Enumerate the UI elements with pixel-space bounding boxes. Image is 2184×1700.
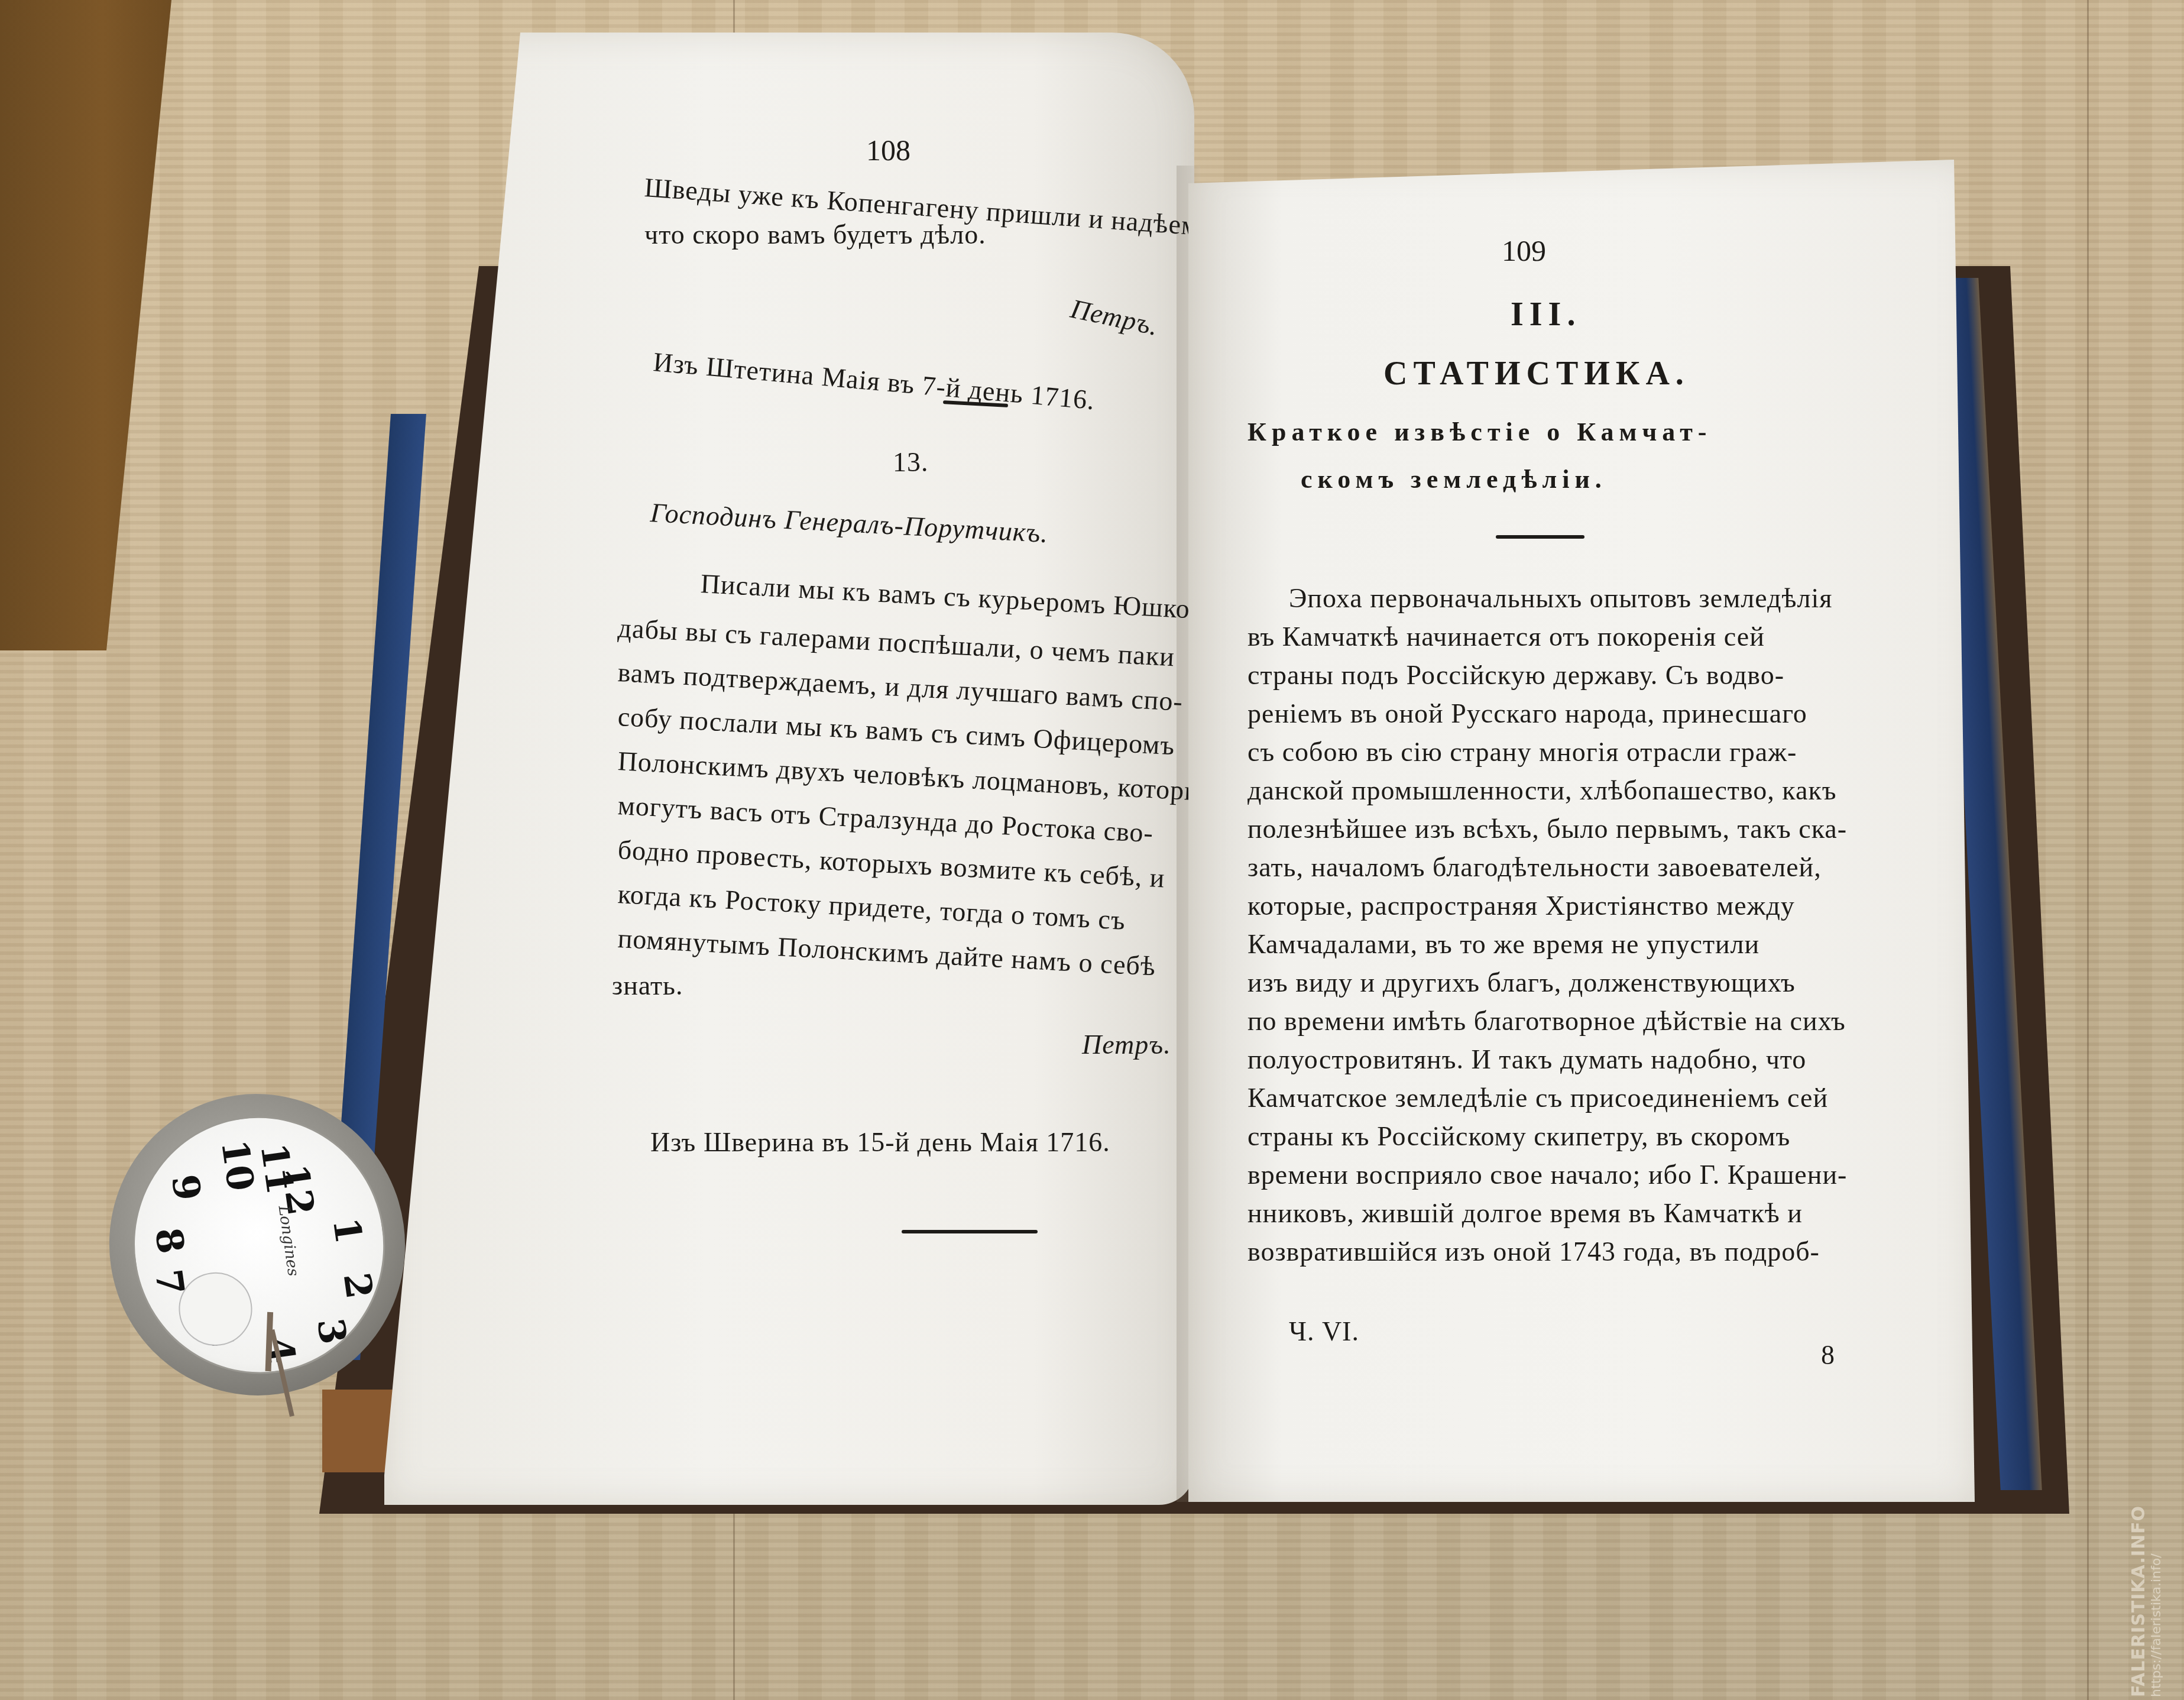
right-body-line: въ Камчаткѣ начинается отъ покоренія сей: [1247, 621, 1765, 652]
section-number: III.: [1511, 296, 1581, 333]
left-top-line-2: что скоро вамъ будетъ дѣло.: [644, 219, 986, 250]
left-divider-2: [902, 1230, 1038, 1233]
watch-numeral-9: 9: [163, 1172, 209, 1203]
right-body-line: возвратившійся изъ оной 1743 года, въ по…: [1247, 1236, 1820, 1267]
book-cover-corner: [322, 1390, 393, 1472]
right-body-line: зать, началомъ благодѣтельности завоеват…: [1247, 851, 1822, 883]
watermark-title: FALERISTIKA.INFO: [2128, 1505, 2149, 1697]
right-body-line: Эпоха первоначальныхъ опытовъ земледѣлія: [1289, 582, 1832, 614]
watch-dial: 12 1 2 3 4 5 7 8 9 10 11 Longines: [116, 1100, 402, 1390]
right-body-line: которые, распространяя Христіянство межд…: [1247, 890, 1795, 921]
watch-numeral-2: 2: [335, 1270, 381, 1301]
section-heading: СТАТИСТИКА.: [1383, 355, 1690, 393]
watch-numeral-1: 1: [325, 1215, 371, 1246]
left-place-date-2: Изъ Шверина въ 15-й день Маія 1716.: [650, 1126, 1110, 1158]
right-body-line: Камчадалами, въ то же время не упустили: [1247, 928, 1759, 960]
right-body-line: изъ виду и другихъ благъ, долженствующих…: [1247, 967, 1796, 998]
desk-seam: [2087, 0, 2089, 1700]
right-body-line: полезнѣйшее изъ всѣхъ, было первымъ, так…: [1247, 813, 1847, 844]
left-body-line: знать.: [612, 970, 683, 1001]
right-body-line: данской промышленности, хлѣбопашество, к…: [1247, 775, 1837, 806]
right-body-line: страны къ Россійскому скипетру, въ скоро…: [1247, 1121, 1790, 1152]
right-body-line: по времени имѣть благотворное дѣйствіе н…: [1247, 1005, 1846, 1037]
left-signature-2: Петръ.: [1082, 1029, 1171, 1060]
right-body-line: нниковъ, жившій долгое время въ Камчаткѣ…: [1247, 1197, 1803, 1229]
right-divider: [1496, 535, 1584, 539]
right-body-line: времени восприяло свое начало; ибо Г. Кр…: [1247, 1159, 1847, 1190]
footer-sheet-number: 8: [1821, 1339, 1835, 1371]
right-body-line: съ собою въ сію страну многія отрасли гр…: [1247, 736, 1797, 768]
section-subheading-2: скомъ земледѣліи.: [1301, 464, 1607, 494]
right-body-line: полуостровитянъ. И такъ думать надобно, …: [1247, 1044, 1806, 1075]
section-subheading-1: Краткое извѣстіе о Камчат-: [1247, 417, 1712, 447]
right-body-line: Камчатское земледѣліе съ присоединеніемъ…: [1247, 1082, 1828, 1113]
letter-number: 13.: [893, 446, 929, 478]
right-body-line: страны подъ Россійскую державу. Съ водво…: [1247, 659, 1784, 691]
footer-signature: Ч. VI.: [1289, 1316, 1359, 1347]
watermark: FALERISTIKA.INFO https://faleristika.inf…: [2128, 1505, 2164, 1697]
left-page-number: 108: [866, 133, 910, 167]
watermark-url: https://faleristika.info/: [2149, 1505, 2164, 1697]
watch-numeral-8: 8: [147, 1225, 193, 1257]
right-page-number: 109: [1502, 234, 1546, 268]
watch-numeral-3: 3: [309, 1316, 355, 1347]
watch-numeral-11: 11: [252, 1141, 302, 1197]
right-body-line: реніемъ въ оной Русскаго народа, принесш…: [1247, 698, 1807, 729]
